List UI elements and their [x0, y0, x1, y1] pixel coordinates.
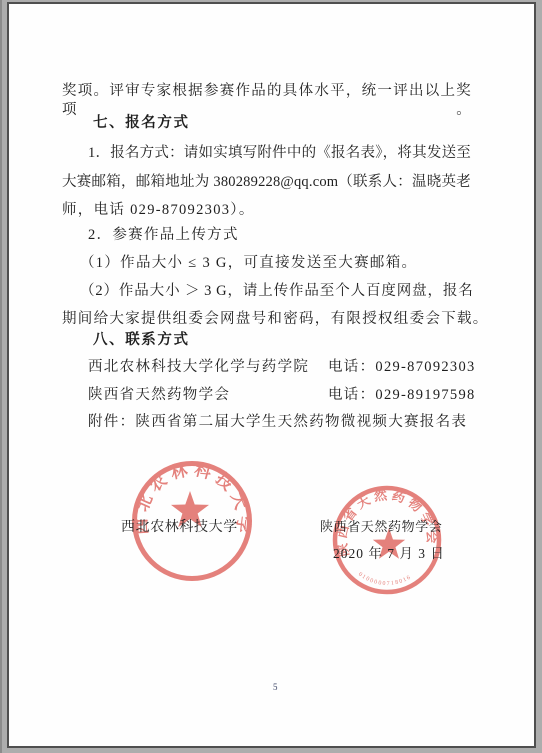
upload-method-title: 2．参赛作品上传方式	[88, 226, 239, 245]
upload-rule-large-files-2: 期间给大家提供组委会网盘号和密码，有限授权组委会下载。	[62, 310, 489, 329]
contact-society-phone: 电话：029-89197598	[328, 386, 476, 405]
signature-society-name: 陕西省天然药物学会	[320, 516, 442, 535]
attachment-note: 附件：陕西省第二届大学生天然药物微视频大赛报名表	[88, 413, 467, 432]
section-heading-8-contacts: 八、联系方式	[93, 331, 190, 350]
seal-serial-number: 0100000718016	[357, 572, 413, 588]
registration-line-1: 1．报名方式：请如实填写附件中的《报名表》，将其发送至	[62, 144, 471, 163]
contact-row-society: 陕西省天然药物学会 电话：029-89197598	[88, 386, 230, 405]
signature-university-name: 西北农林科技大学	[121, 516, 238, 536]
registration-line-3-phone: 师，电话 029-87092303）。	[62, 201, 255, 220]
svg-text:0100000718016: 0100000718016	[357, 572, 413, 588]
page-number: 5	[273, 682, 278, 692]
signature-date: 2020 年 7 月 3 日	[333, 542, 445, 562]
contact-university-name: 西北农林科技大学化学与药学院	[88, 359, 309, 375]
contact-society-name: 陕西省天然药物学会	[88, 387, 230, 403]
page-content: 奖项。评审专家根据参赛作品的具体水平，统一评出以上奖项。 七、报名方式 1．报名…	[9, 4, 534, 746]
society-red-seal: 陕西省天然药物学会 0100000718016	[331, 481, 443, 599]
contact-university-phone: 电话：029-87092303	[328, 358, 476, 377]
contact-row-university: 西北农林科技大学化学与药学院 电话：029-87092303	[88, 358, 309, 377]
upload-rule-large-files-1: （2）作品大小 ＞ 3 G，请上传作品至个人百度网盘，报名	[62, 282, 473, 301]
document-page: 奖项。评审专家根据参赛作品的具体水平，统一评出以上奖项。 七、报名方式 1．报名…	[7, 2, 536, 748]
section-heading-7-registration: 七、报名方式	[93, 114, 190, 133]
viewer-edge-shadow	[0, 0, 2, 753]
upload-rule-small-files: （1）作品大小 ≤ 3 G，可直接发送至大赛邮箱。	[80, 254, 417, 273]
registration-line-2-email: 大赛邮箱，邮箱地址为 380289228@qq.com（联系人：温晓英老	[62, 173, 471, 192]
